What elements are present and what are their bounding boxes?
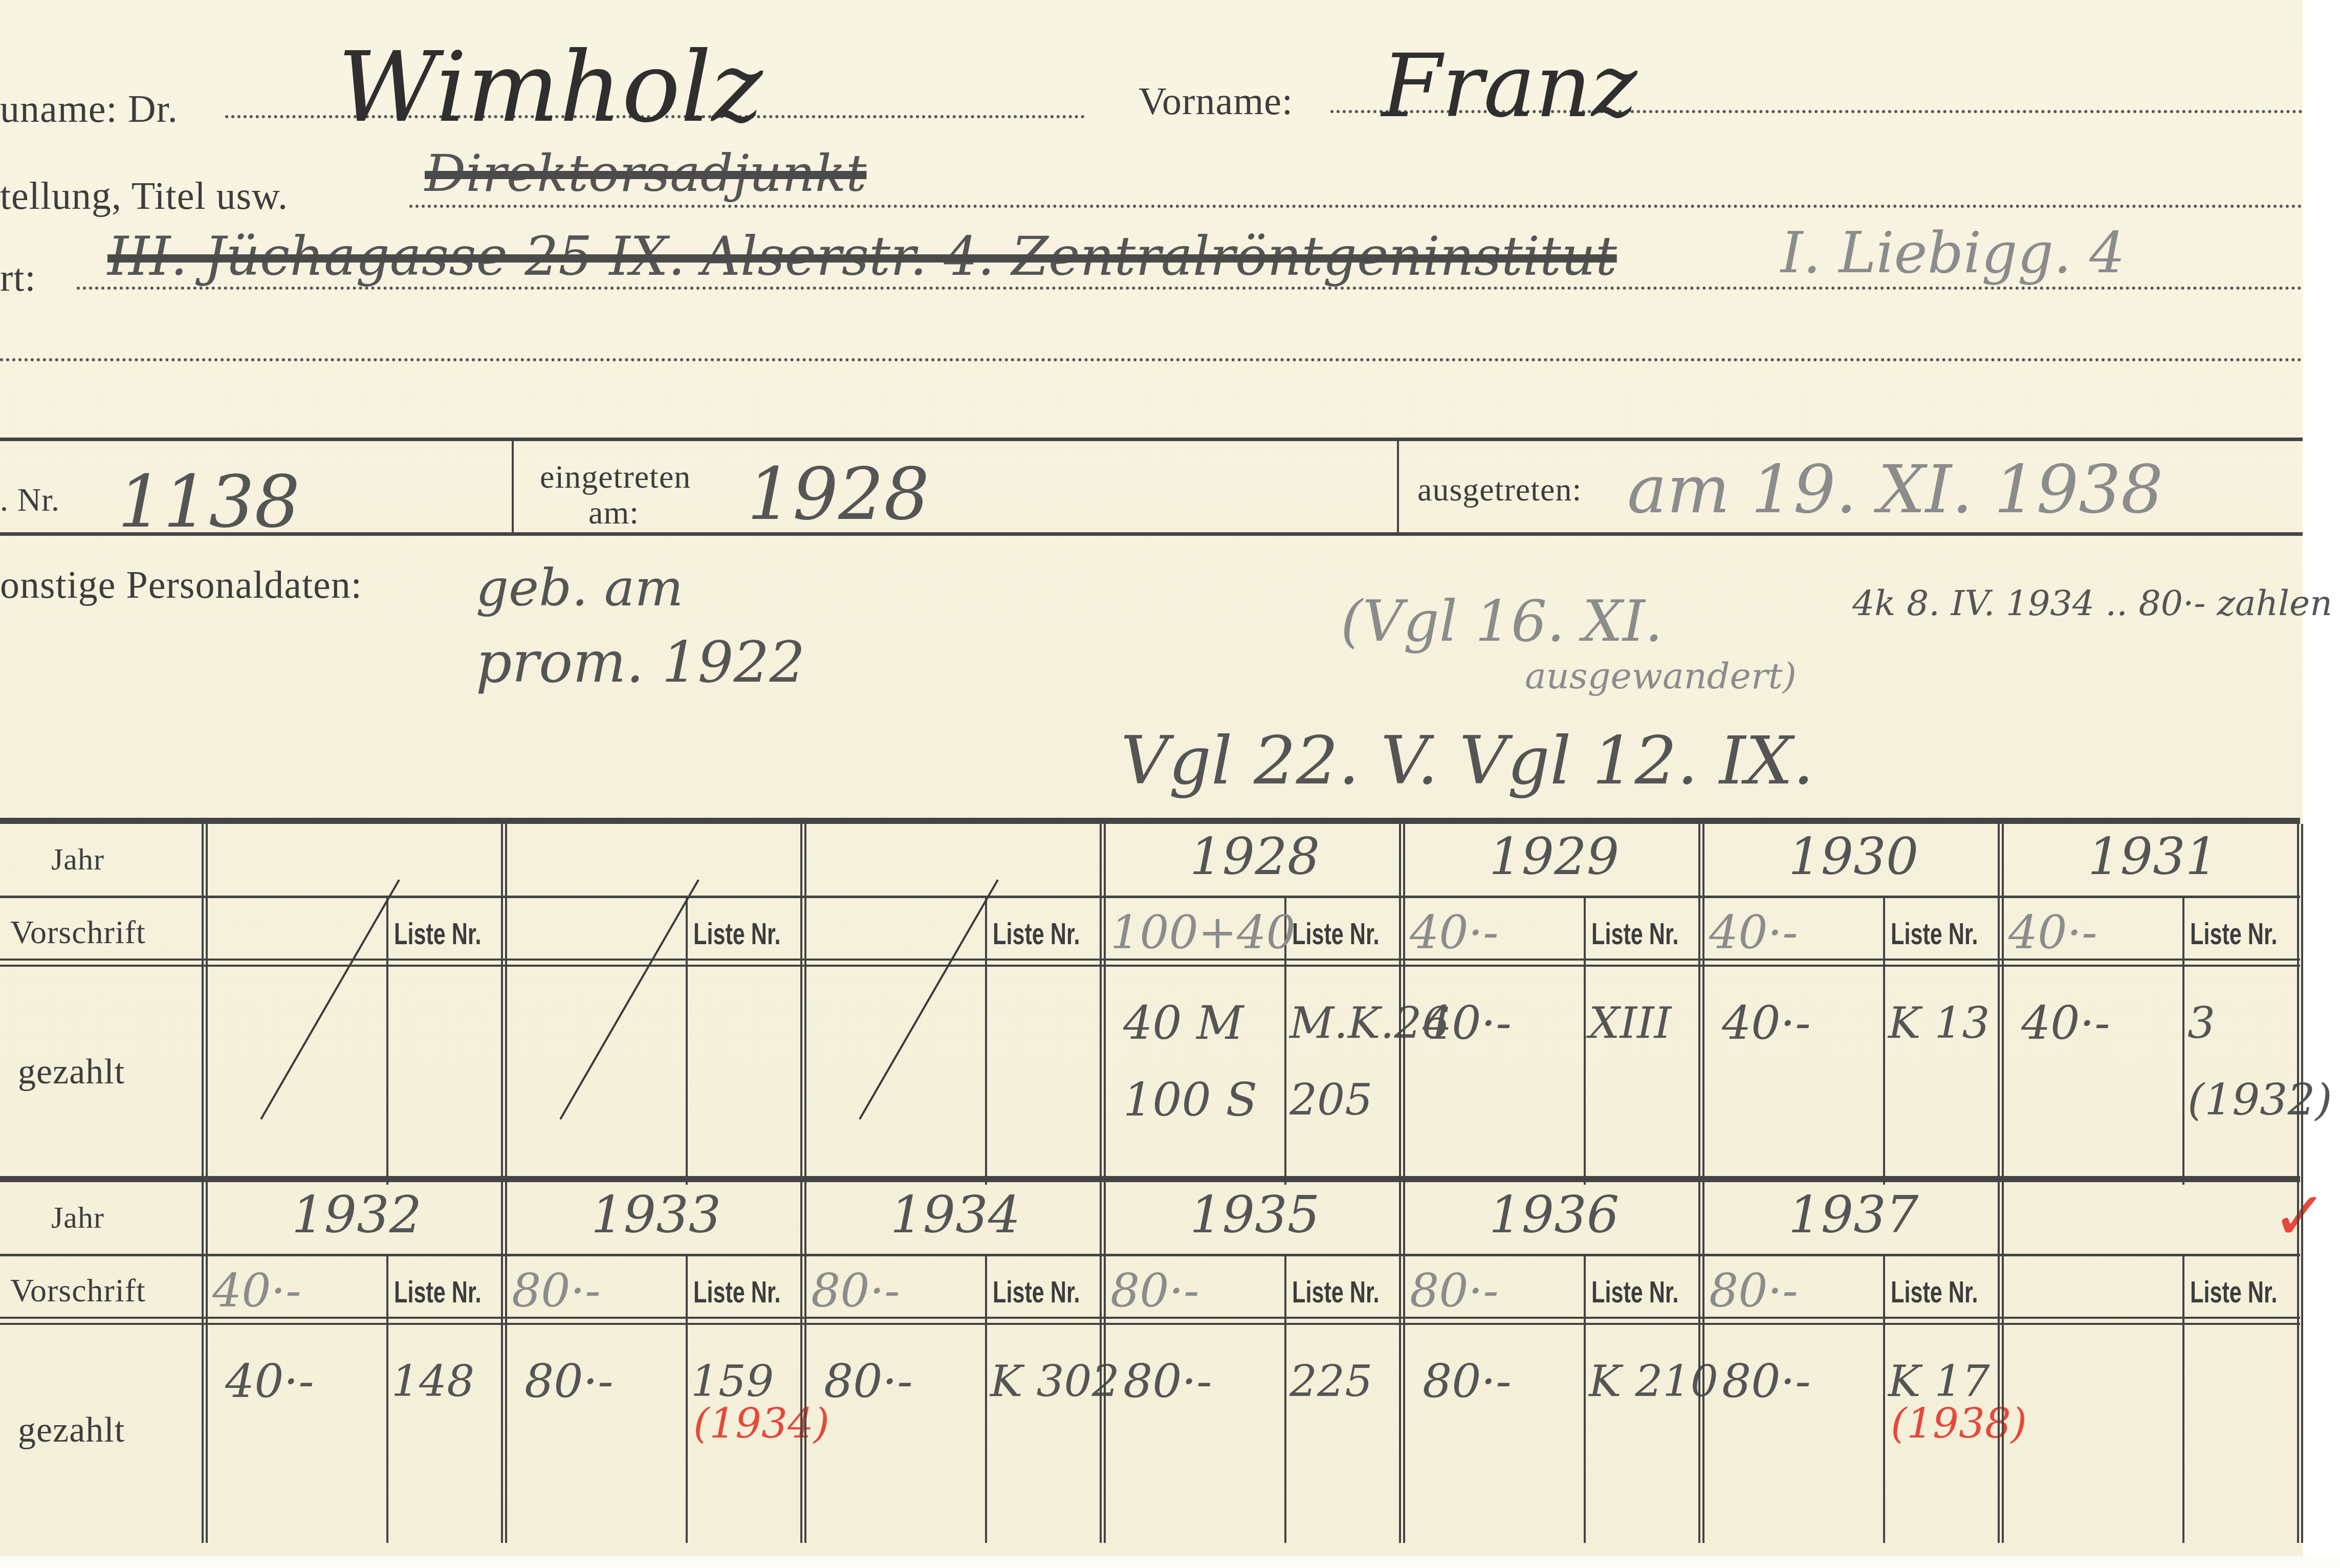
table1-col-divider (1698, 824, 1704, 1185)
table1-list-divider (1883, 896, 1885, 1185)
address-current: I. Liebigg. 4 (1781, 220, 2125, 286)
table1-year-4: 1929 (1489, 826, 1620, 886)
table2-list-no-3: 225 (1289, 1343, 1372, 1420)
table1-list-divider (2182, 896, 2184, 1185)
table1-row-label-paid: gezahlt (18, 1052, 125, 1093)
table2-col-divider (501, 1182, 507, 1543)
table1-list-label: Liste Nr. (693, 916, 780, 951)
card-bottom-edge (0, 1556, 2340, 1568)
table2-row-label-year: Jahr (51, 1200, 104, 1235)
table2-list-divider (1284, 1254, 1286, 1543)
table2-list-label: Liste Nr. (1891, 1274, 1978, 1310)
membership-divider-2 (1397, 440, 1399, 532)
personal-data-label: onstige Personaldaten: (0, 563, 362, 607)
table2-col-divider-end (2297, 1182, 2303, 1543)
table1-col-divider (501, 824, 507, 1185)
table2-col-divider (1399, 1182, 1405, 1543)
card-edge (2303, 0, 2340, 1568)
table2-required-5: 80·- (1709, 1264, 1798, 1318)
table2-list-divider (1883, 1254, 1885, 1543)
surname-value: Wimholz (338, 31, 763, 144)
table2-year-4: 1936 (1489, 1185, 1620, 1245)
table2-top-rule (0, 1176, 2300, 1182)
table2-required-4: 80·- (1410, 1264, 1499, 1318)
table2-col-divider (1100, 1182, 1106, 1543)
table1-list-label: Liste Nr. (394, 916, 481, 951)
table1-paid-6: 40·- (2021, 985, 2110, 1062)
table1-year-3: 1928 (1190, 826, 1320, 886)
table1-list-label: Liste Nr. (1591, 916, 1678, 951)
table1-list-no-6: 3 (1932) (2188, 985, 2340, 1139)
note-bottom: Vgl 22. V. Vgl 12. IX. (1121, 722, 1814, 799)
position-label: tellung, Titel usw. (0, 174, 288, 219)
table2-year-5: 1937 (1788, 1185, 1919, 1245)
table1-year-rule (0, 896, 2300, 898)
left-value: am 19. XI. 1938 (1627, 450, 2163, 528)
personal-line-2: prom. 1922 (476, 629, 805, 695)
table2-paid-1: 80·- (524, 1343, 614, 1420)
table2-list-label: Liste Nr. (394, 1274, 481, 1310)
personal-line-1: geb. am (476, 558, 683, 618)
table1-list-label: Liste Nr. (1891, 916, 1978, 951)
table1-top-rule (0, 818, 2300, 824)
table2-col-divider (800, 1182, 806, 1543)
table1-paid-5: 40·- (1722, 985, 1811, 1062)
table2-paid-3: 80·- (1123, 1343, 1212, 1420)
table2-row-label-paid: gezahlt (18, 1410, 125, 1451)
table2-list-note-1: (1934) (693, 1400, 829, 1447)
member-number-value: 1138 (118, 461, 300, 544)
membership-top-rule (0, 438, 2303, 441)
table2-required-1: 80·- (512, 1264, 601, 1318)
table2-year-rule (0, 1254, 2300, 1256)
table2-req-rule-b (0, 1323, 2300, 1325)
joined-label-2: am: (588, 494, 639, 532)
table1-year-6: 1931 (2088, 826, 2218, 886)
table2-year-2: 1934 (890, 1185, 1021, 1245)
table2-list-divider (686, 1254, 688, 1543)
table2-list-label: Liste Nr. (693, 1274, 780, 1310)
table2-row-label-required: Vorschrift (10, 1272, 146, 1310)
table1-year-5: 1930 (1788, 826, 1919, 886)
table2-required-0: 40·- (212, 1264, 301, 1318)
table1-required-6: 40·- (2008, 906, 2097, 960)
table1-required-3: 100+40 (1110, 906, 1296, 960)
table2-list-label: Liste Nr. (2190, 1274, 2277, 1310)
table2-list-divider (1584, 1254, 1586, 1543)
table2-paid-5: 80·- (1722, 1343, 1811, 1420)
table2-list-label: Liste Nr. (1591, 1274, 1678, 1310)
table2-col-divider (1698, 1182, 1704, 1543)
table2-col-divider (1998, 1182, 2004, 1543)
table2-list-divider (2182, 1254, 2184, 1543)
table2-list-label: Liste Nr. (1292, 1274, 1379, 1310)
table1-list-divider (686, 896, 688, 1185)
table2-col-divider (202, 1182, 208, 1543)
table1-list-label: Liste Nr. (993, 916, 1080, 951)
firstname-label: Vorname: (1139, 79, 1293, 124)
table2-list-divider (985, 1254, 987, 1543)
membership-bottom-rule (0, 532, 2303, 536)
table1-list-divider (985, 896, 987, 1185)
table1-paid-4: 40·- (1423, 985, 1512, 1062)
table1-required-5: 40·- (1709, 906, 1798, 960)
table2-year-3: 1935 (1190, 1185, 1320, 1245)
table2-required-3: 80·- (1110, 1264, 1199, 1318)
note-right: 4k 8. IV. 1934 .. 80·- zahlen (1852, 583, 2332, 624)
table1-row-label-year: Jahr (51, 842, 104, 877)
table1-col-divider (1100, 824, 1106, 1185)
note-bracket-sub: ausgewandert) (1525, 655, 1797, 697)
table1-col-divider (1998, 824, 2004, 1185)
joined-label-1: eingetreten (540, 458, 691, 496)
table1-col-divider-end (2297, 824, 2303, 1185)
firstname-value: Franz (1382, 36, 1637, 137)
table2-list-divider (386, 1254, 388, 1543)
table1-list-no-4: XIII (1589, 985, 1671, 1062)
table1-row-label-required: Vorschrift (10, 913, 146, 951)
table2-paid-0: 40·- (225, 1343, 314, 1420)
position-value-struck: Direktorsadjunkt (425, 143, 866, 203)
table1-col-divider (800, 824, 806, 1185)
address-struck: III. Jüchagasse 25 IX. Alserstr. 4. Zent… (107, 225, 1617, 288)
table1-list-no-5: K 13 (1888, 985, 1990, 1062)
table2-year-0: 1932 (292, 1185, 422, 1245)
table1-list-label: Liste Nr. (2190, 916, 2277, 951)
membership-divider-1 (512, 440, 514, 532)
table2-list-note-5: (1938) (1891, 1400, 2027, 1447)
extra-line (0, 358, 2303, 361)
table2-year-1: 1933 (591, 1185, 721, 1245)
left-label: ausgetreten: (1417, 471, 1582, 509)
table2-list-no-0: 148 (391, 1343, 474, 1420)
surname-label: uname: Dr. (0, 87, 178, 132)
position-line (409, 205, 2303, 208)
table2-list-label: Liste Nr. (993, 1274, 1080, 1310)
address-label: rt: (0, 256, 36, 300)
table2-paid-4: 80·- (1423, 1343, 1512, 1420)
table1-col-divider (202, 824, 208, 1185)
table2-paid-2: 80·- (824, 1343, 913, 1420)
table1-paid-3: 40 M 100 S (1123, 985, 1257, 1139)
table1-list-divider (1584, 896, 1586, 1185)
joined-value: 1928 (747, 453, 929, 536)
table1-req-rule-b (0, 965, 2300, 967)
member-number-label: . Nr. (0, 481, 60, 519)
table2-required-2: 80·- (811, 1264, 900, 1318)
table1-col-divider (1399, 824, 1405, 1185)
table1-list-divider (386, 896, 388, 1185)
note-bracket: (Vgl 16. XI. (1341, 589, 1663, 654)
table1-list-label: Liste Nr. (1292, 916, 1379, 951)
table1-required-4: 40·- (1410, 906, 1499, 960)
